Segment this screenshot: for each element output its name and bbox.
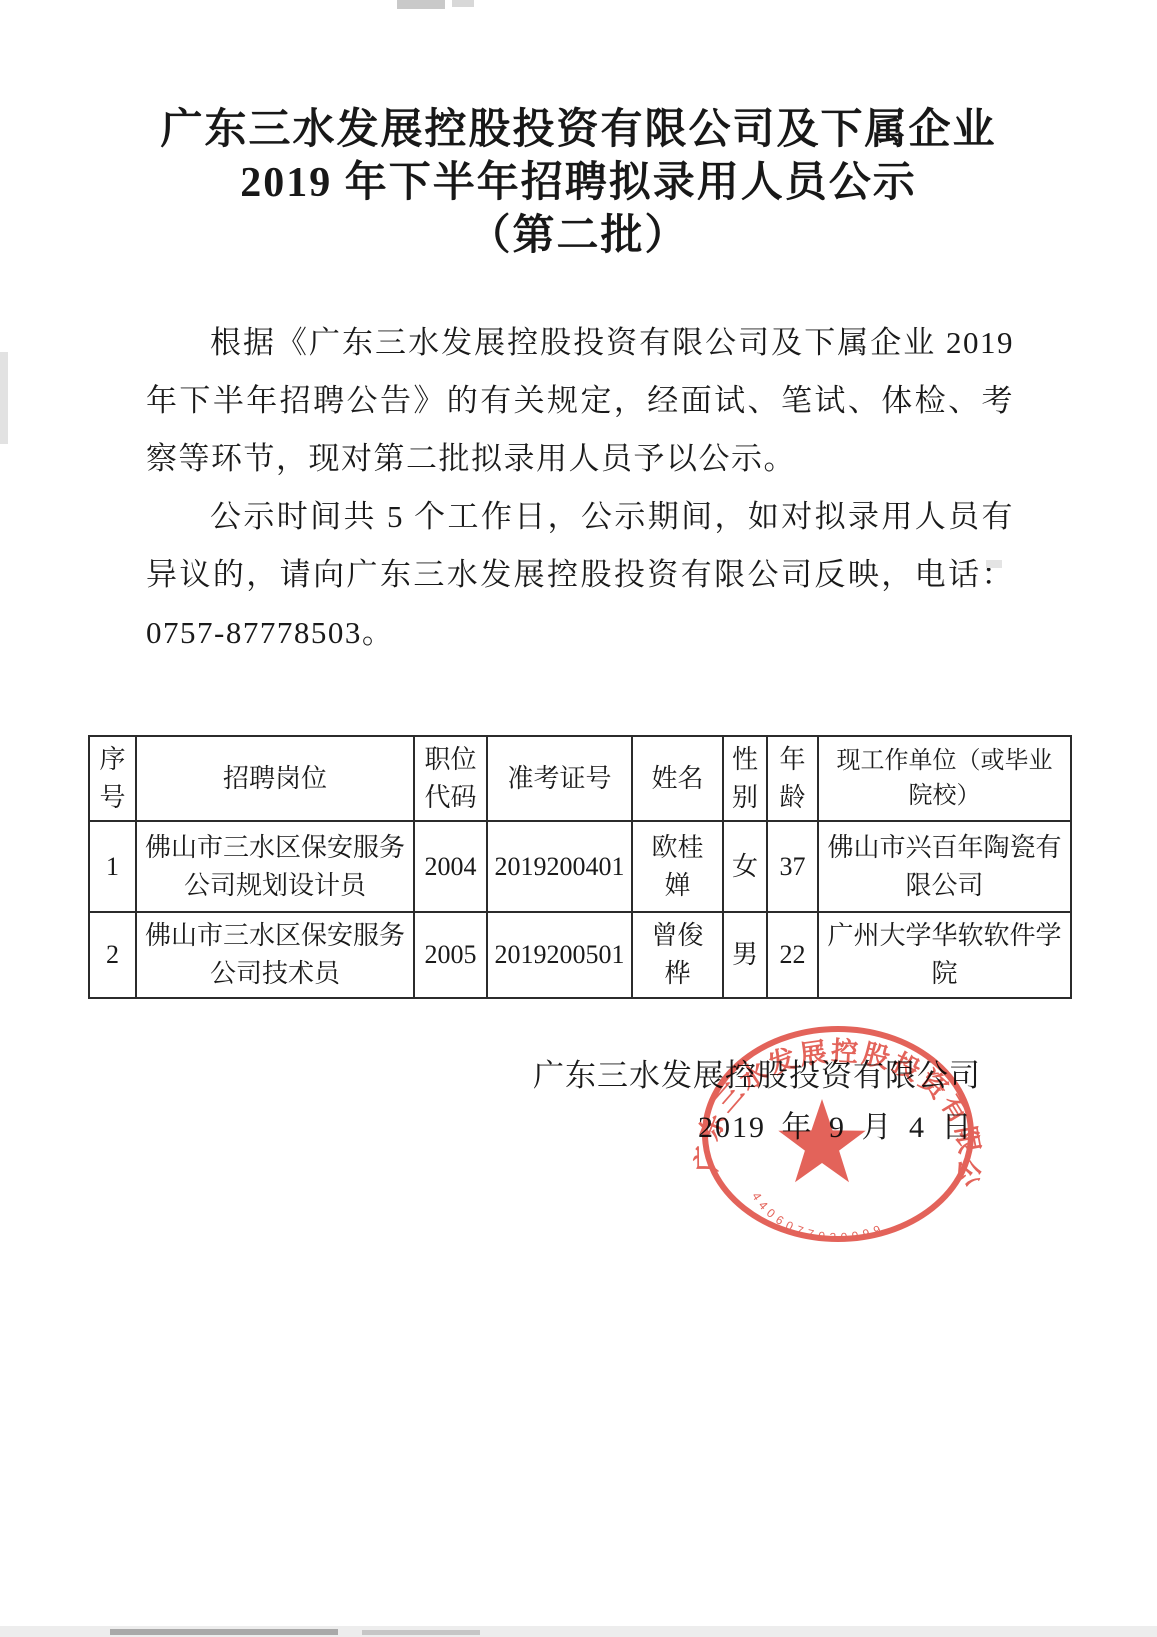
stamp-star-icon xyxy=(778,1099,865,1182)
scan-artifact xyxy=(0,1626,1157,1637)
col-header-exam-number: 准考证号 xyxy=(487,736,632,821)
cell-position: 佛山市三水区保安服务公司规划设计员 xyxy=(136,821,414,912)
table-header-row: 序号 招聘岗位 职位代码 准考证号 姓名 性别 年龄 现工作单位（或毕业院校） xyxy=(89,736,1071,821)
paragraph-contact: 公示时间共 5 个工作日，公示期间，如对拟录用人员有异议的，请向广东三水发展控股… xyxy=(146,488,1014,662)
col-header-index: 序号 xyxy=(89,736,136,821)
scan-artifact xyxy=(397,0,445,9)
cell-name: 欧桂婵 xyxy=(632,821,723,912)
col-header-age: 年龄 xyxy=(767,736,818,821)
title-line-1: 广东三水发展控股投资有限公司及下属企业 xyxy=(0,104,1157,157)
document-page: 广东三水发展控股投资有限公司及下属企业 2019 年下半年招聘拟录用人员公示 （… xyxy=(0,0,1157,1637)
table-row: 2 佛山市三水区保安服务公司技术员 2005 2019200501 曾俊桦 男 … xyxy=(89,912,1071,997)
cell-employer: 广州大学华软软件学院 xyxy=(818,912,1071,997)
paragraph-basis: 根据《广东三水发展控股投资有限公司及下属企业 2019 年下半年招聘公告》的有关… xyxy=(146,314,1014,488)
document-body: 根据《广东三水发展控股投资有限公司及下属企业 2019 年下半年招聘公告》的有关… xyxy=(146,314,1014,662)
cell-position-code: 2005 xyxy=(414,912,487,997)
document-title: 广东三水发展控股投资有限公司及下属企业 2019 年下半年招聘拟录用人员公示 （… xyxy=(0,104,1157,263)
scan-artifact xyxy=(0,352,8,444)
cell-employer: 佛山市兴百年陶瓷有限公司 xyxy=(818,821,1071,912)
col-header-name: 姓名 xyxy=(632,736,723,821)
col-header-gender: 性别 xyxy=(723,736,767,821)
cell-exam-number: 2019200501 xyxy=(487,912,632,997)
cell-index: 2 xyxy=(89,912,136,997)
col-header-employer: 现工作单位（或毕业院校） xyxy=(818,736,1071,821)
cell-gender: 女 xyxy=(723,821,767,912)
table-row: 1 佛山市三水区保安服务公司规划设计员 2004 2019200401 欧桂婵 … xyxy=(89,821,1071,912)
scan-artifact xyxy=(110,1629,338,1635)
cell-age: 37 xyxy=(767,821,818,912)
cell-age: 22 xyxy=(767,912,818,997)
cell-gender: 男 xyxy=(723,912,767,997)
scan-artifact xyxy=(452,0,474,7)
scan-artifact xyxy=(362,1630,480,1635)
company-seal-stamp: 广东三水发展控股投资有限公司 4406077020999 xyxy=(692,1016,984,1252)
col-header-position: 招聘岗位 xyxy=(136,736,414,821)
title-line-3: （第二批） xyxy=(0,210,1157,263)
cell-index: 1 xyxy=(89,821,136,912)
col-header-position-code: 职位代码 xyxy=(414,736,487,821)
cell-position-code: 2004 xyxy=(414,821,487,912)
stamp-serial-number: 4406077020999 xyxy=(749,1190,887,1245)
candidate-table: 序号 招聘岗位 职位代码 准考证号 姓名 性别 年龄 现工作单位（或毕业院校） … xyxy=(88,735,1072,999)
title-line-2: 2019 年下半年招聘拟录用人员公示 xyxy=(0,157,1157,210)
cell-exam-number: 2019200401 xyxy=(487,821,632,912)
cell-name: 曾俊桦 xyxy=(632,912,723,997)
cell-position: 佛山市三水区保安服务公司技术员 xyxy=(136,912,414,997)
